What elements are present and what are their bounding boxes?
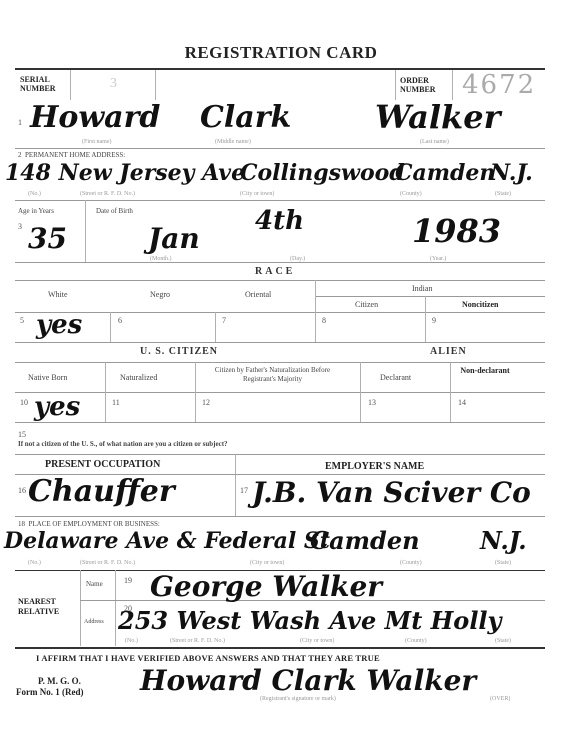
divider: [395, 70, 396, 100]
field-number: 12: [202, 398, 210, 407]
employer-heading: EMPLOYER'S NAME: [325, 461, 424, 472]
race-column-white: White: [48, 290, 68, 299]
form-number: Form No. 1 (Red): [16, 687, 83, 697]
home-county: Camden: [395, 160, 495, 186]
race-column-indian-noncitizen: Noncitizen: [462, 300, 498, 309]
divider: [155, 70, 156, 100]
caption: (Street or R. F. D. No.): [80, 191, 135, 197]
divider: [115, 570, 116, 646]
last-name: Walker: [375, 98, 500, 136]
serial-number-value: 3: [110, 76, 117, 92]
employment-state: N.J.: [480, 526, 527, 555]
divider: [80, 570, 81, 646]
divider: [15, 454, 545, 455]
occupation-heading: PRESENT OCCUPATION: [45, 459, 160, 470]
nearest-relative-label: NEAREST RELATIVE: [18, 597, 78, 617]
employment-street: Delaware Ave & Federal St: [4, 528, 330, 554]
field-number: 6: [118, 316, 122, 325]
caption: (County): [400, 191, 422, 197]
field-number: 19: [124, 576, 132, 585]
home-city: Collingswood: [240, 160, 405, 186]
field-number: 13: [368, 398, 376, 407]
divider: [195, 362, 196, 422]
signature-caption: (Registrant's signature or mark): [260, 696, 336, 702]
field-number: 11: [112, 398, 120, 407]
relative-name: George Walker: [150, 570, 382, 603]
field-number: 17: [240, 486, 248, 495]
birth-year: 1983: [412, 212, 501, 250]
first-name-caption: (First name): [82, 139, 112, 145]
citizen-column-native-born: Native Born: [28, 373, 67, 382]
serial-number-label: SERIAL NUMBER: [20, 75, 70, 93]
divider: [70, 70, 71, 100]
divider: [15, 342, 545, 343]
citizen-column-naturalized: Naturalized: [120, 373, 157, 382]
age-label: Age in Years: [18, 207, 54, 215]
divider: [15, 392, 545, 393]
divider: [452, 70, 453, 100]
divider: [110, 312, 111, 342]
middle-name: Clark: [200, 100, 291, 135]
field-number: 14: [458, 398, 466, 407]
caption: (County): [400, 560, 422, 566]
citizen-column-fathers-naturalization: Citizen by Father's Naturalization Befor…: [200, 366, 345, 384]
home-address-label: 2 PERMANENT HOME ADDRESS:: [18, 151, 125, 159]
divider: [15, 516, 545, 517]
divider: [15, 148, 545, 149]
caption: (State): [495, 638, 511, 644]
divider: [15, 200, 545, 201]
field-number: 9: [432, 316, 436, 325]
divider: [360, 362, 361, 422]
caption: (No.): [28, 191, 41, 197]
last-name-caption: (Last name): [420, 139, 449, 145]
divider: [425, 296, 426, 342]
home-state: N.J.: [490, 160, 533, 186]
divider: [215, 312, 216, 342]
nationality-question: If not a citizen of the U. S., of what n…: [18, 440, 228, 448]
dob-label: Date of Birth: [96, 207, 133, 215]
field-number: 1: [18, 118, 22, 127]
race-white-value: yes: [36, 310, 82, 340]
divider: [450, 362, 451, 422]
race-indian-heading: Indian: [412, 284, 432, 293]
occupation-value: Chauffer: [28, 474, 175, 509]
divider: [15, 312, 545, 313]
alien-heading: ALIEN: [430, 346, 467, 357]
caption: (City or town): [300, 638, 334, 644]
relative-address-label: Address: [84, 619, 104, 625]
middle-name-caption: (Middle name): [215, 139, 251, 145]
age-value: 35: [28, 222, 67, 255]
caption: (State): [495, 191, 511, 197]
first-name: Howard: [30, 100, 160, 135]
caption: (Street or R. F. D. No.): [170, 638, 225, 644]
divider: [15, 362, 545, 363]
caption: (No.): [28, 560, 41, 566]
field-number: 7: [222, 316, 226, 325]
divider: [235, 454, 236, 516]
home-street: 148 New Jersey Ave: [5, 160, 245, 186]
native-born-value: yes: [34, 392, 80, 422]
field-number: 5: [20, 316, 24, 325]
divider: [15, 422, 545, 423]
caption: (City or town): [240, 191, 274, 197]
race-column-negro: Negro: [150, 290, 170, 299]
divider: [15, 280, 545, 281]
field-number: 10: [20, 398, 28, 407]
caption: (County): [405, 638, 427, 644]
divider: [15, 647, 545, 649]
registrant-signature: Howard Clark Walker: [140, 664, 476, 697]
caption: (State): [495, 560, 511, 566]
caption: (City or town): [250, 560, 284, 566]
over-label: (OVER): [490, 696, 510, 702]
alien-column-declarant: Declarant: [380, 373, 411, 382]
alien-column-non-declarant: Non-declarant: [455, 366, 515, 376]
caption: (Street or R. F. D. No.): [80, 560, 135, 566]
relative-address: 253 West Wash Ave Mt Holly: [118, 606, 502, 635]
affirmation-text: I AFFIRM THAT I HAVE VERIFIED ABOVE ANSW…: [36, 653, 380, 663]
divider: [85, 200, 86, 262]
birth-month: Jan: [148, 222, 200, 255]
field-number: 16: [18, 486, 26, 495]
form-pmgo: P. M. G. O.: [38, 676, 81, 686]
race-heading: RACE: [255, 266, 295, 277]
employment-city: Camden: [310, 526, 420, 555]
place-of-employment-label: 18 PLACE OF EMPLOYMENT OR BUSINESS:: [18, 520, 160, 528]
relative-name-label: Name: [86, 580, 103, 588]
us-citizen-heading: U. S. CITIZEN: [140, 346, 218, 357]
birth-day: 4th: [255, 206, 304, 236]
race-column-oriental: Oriental: [245, 290, 271, 299]
field-number: 15: [18, 430, 26, 439]
race-column-indian-citizen: Citizen: [355, 300, 378, 309]
field-number: 3: [18, 222, 22, 231]
order-number-value: 4672: [462, 70, 536, 100]
order-number-label: ORDER NUMBER: [400, 76, 450, 94]
card-title: REGISTRATION CARD: [0, 43, 562, 63]
employer-value: J.B. Van Sciver Co: [252, 476, 531, 509]
field-number: 8: [322, 316, 326, 325]
divider: [15, 262, 545, 263]
divider: [315, 296, 545, 297]
divider: [315, 280, 316, 342]
caption: (No.): [125, 638, 138, 644]
divider: [105, 362, 106, 422]
